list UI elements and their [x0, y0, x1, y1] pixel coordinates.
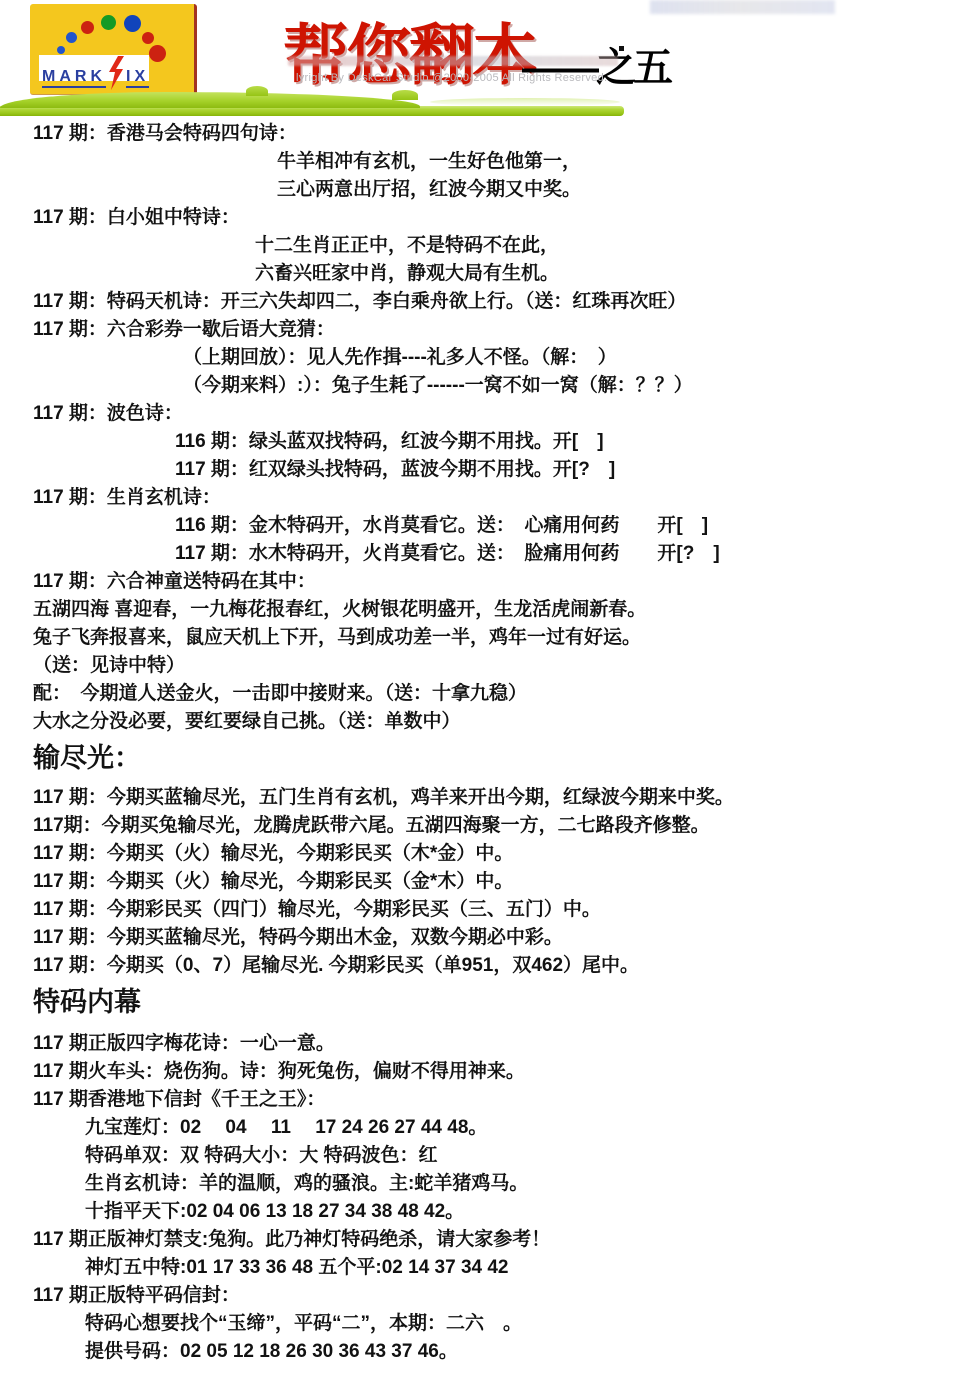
text-line: 117 期：特码天机诗：开三六失却四二，李白乘舟欲上行。（送：红珠再次旺）	[33, 288, 968, 316]
content-area: 117 期：香港马会特码四句诗：牛羊相冲有玄机，一生好色他第一，三心两意出厅招，…	[0, 118, 980, 1376]
watermark-text: lyright By DeskCar Studio @2000-2005 All…	[296, 72, 607, 84]
text-line: （今期来料）:）：兔子生耗了------一窝不如一窝（解：？？）	[33, 372, 968, 400]
logo-dot	[124, 15, 141, 32]
text-line: 117 期：红双绿头找特码，蓝波今期不用找。开[? ]	[33, 456, 968, 484]
text-line: 五湖四海 喜迎春，一九梅花报春红，火树银花明盛开，生龙活虎闹新春。	[33, 596, 968, 624]
text-line: 117 期：六合神童送特码在其中：	[33, 568, 968, 596]
text-line: 大水之分没必要，要红要绿自己挑。（送：单数中）	[33, 708, 968, 736]
text-line: 特码心想要找个“玉缔”，平码“二”，本期：二六 。	[33, 1310, 968, 1338]
text-line: 兔子飞奔报喜来，鼠应天机上下开，马到成功差一半，鸡年一过有好运。	[33, 624, 968, 652]
logo-dot	[142, 32, 154, 44]
text-line: 三心两意出厅招，红波今期又中奖。	[33, 176, 968, 204]
header-smudge	[650, 0, 835, 14]
text-line: 牛羊相冲有玄机，一生好色他第一，	[33, 148, 968, 176]
text-line: 十指平天下:02 04 06 13 18 27 34 38 48 42。	[33, 1198, 968, 1226]
page-header: MARK IX 帮您翻本 ——之五 lyright By DeskCar Stu…	[0, 0, 980, 118]
text-line: 117 期香港地下信封《千王之王》：	[33, 1086, 968, 1114]
section-heading: 输尽光：	[33, 742, 968, 774]
grass-glow	[430, 98, 620, 106]
grass-bump	[246, 86, 268, 96]
text-line: 117 期：六合彩券一歇后语大竞猜：	[33, 316, 968, 344]
text-line: （上期回放）：见人先作揖----礼多人不怪。（解： ）	[33, 344, 968, 372]
text-line: 116 期：绿头蓝双找特码，红波今期不用找。开[ ]	[33, 428, 968, 456]
logo-dot	[66, 32, 77, 43]
text-line: 九宝莲灯：02 04 11 17 24 26 27 44 48。	[33, 1114, 968, 1142]
text-line: 六畜兴旺家中肖，静观大局有生机。	[33, 260, 968, 288]
text-line: 117 期：生肖玄机诗：	[33, 484, 968, 512]
text-line: （送：见诗中特）	[33, 652, 968, 680]
text-line: 117 期：今期买蓝输尽光，五门生肖有玄机，鸡羊来开出今期，红绿波今期来中奖。	[33, 784, 968, 812]
logo-dot	[101, 15, 116, 30]
text-line: 配： 今期道人送金火，一击即中接财来。（送：十拿九稳）	[33, 680, 968, 708]
text-line: 117 期：今期买蓝输尽光，特码今期出木金，双数今期必中彩。	[33, 924, 968, 952]
scan-artifact	[619, 46, 624, 51]
logo-brand-ix: IX	[126, 68, 149, 88]
text-line: 117 期火车头：烧伤狗。诗：狗死兔伤，偏财不得用神来。	[33, 1058, 968, 1086]
text-line: 117 期：水木特码开，火肖莫看它。送： 脸痛用何药 开[? ]	[33, 540, 968, 568]
text-line: 神灯五中特:01 17 33 36 48 五个平:02 14 37 34 42	[33, 1254, 968, 1282]
text-line: 116 期：金木特码开，水肖莫看它。送： 心痛用何药 开[ ]	[33, 512, 968, 540]
watermark-smudge	[288, 56, 618, 66]
text-line: 117 期：今期彩民买（四门）输尽光，今期彩民买（三、五门）中。	[33, 896, 968, 924]
text-line: 117 期正版特平码信封：	[33, 1282, 968, 1310]
text-line: 117 期：今期买（0、7）尾输尽光. 今期彩民买（单951，双462）尾中。	[33, 952, 968, 980]
lightning-icon	[107, 56, 125, 90]
text-line: 117 期：今期买（火）输尽光，今期彩民买（木*金）中。	[33, 840, 968, 868]
logo-dot	[57, 46, 65, 54]
text-line: 117 期：香港马会特码四句诗：	[33, 120, 968, 148]
text-line: 十二生肖正正中，不是特码不在此，	[33, 232, 968, 260]
text-line: 117 期正版四字梅花诗：一心一意。	[33, 1030, 968, 1058]
grass-bump	[392, 90, 418, 100]
text-line: 117 期：白小姐中特诗：	[33, 204, 968, 232]
section-heading: 特码内幕	[33, 986, 968, 1018]
logo-dot	[149, 45, 166, 62]
logo-brand-row: MARK IX	[42, 66, 187, 88]
text-line: 生肖玄机诗：羊的温顺，鸡的骚浪。主:蛇羊猪鸡马。	[33, 1170, 968, 1198]
marksix-logo: MARK IX	[30, 4, 197, 95]
logo-brand-mark: MARK	[42, 68, 106, 88]
text-line: 提供号码：02 05 12 18 26 30 36 43 37 46。	[33, 1338, 968, 1366]
text-line: 特码单双：双 特码大小：大 特码波色：红	[33, 1142, 968, 1170]
text-line: 117期：今期买兔输尽光，龙腾虎跃带六尾。五湖四海聚一方，二七路段齐修整。	[33, 812, 968, 840]
logo-dot	[81, 21, 94, 34]
text-line: 117 期：今期买（火）输尽光，今期彩民买（金*木）中。	[33, 868, 968, 896]
text-line: 117 期正版神灯禁支:兔狗。此乃神灯特码绝杀，请大家参考！	[33, 1226, 968, 1254]
text-line: 117 期：波色诗：	[33, 400, 968, 428]
